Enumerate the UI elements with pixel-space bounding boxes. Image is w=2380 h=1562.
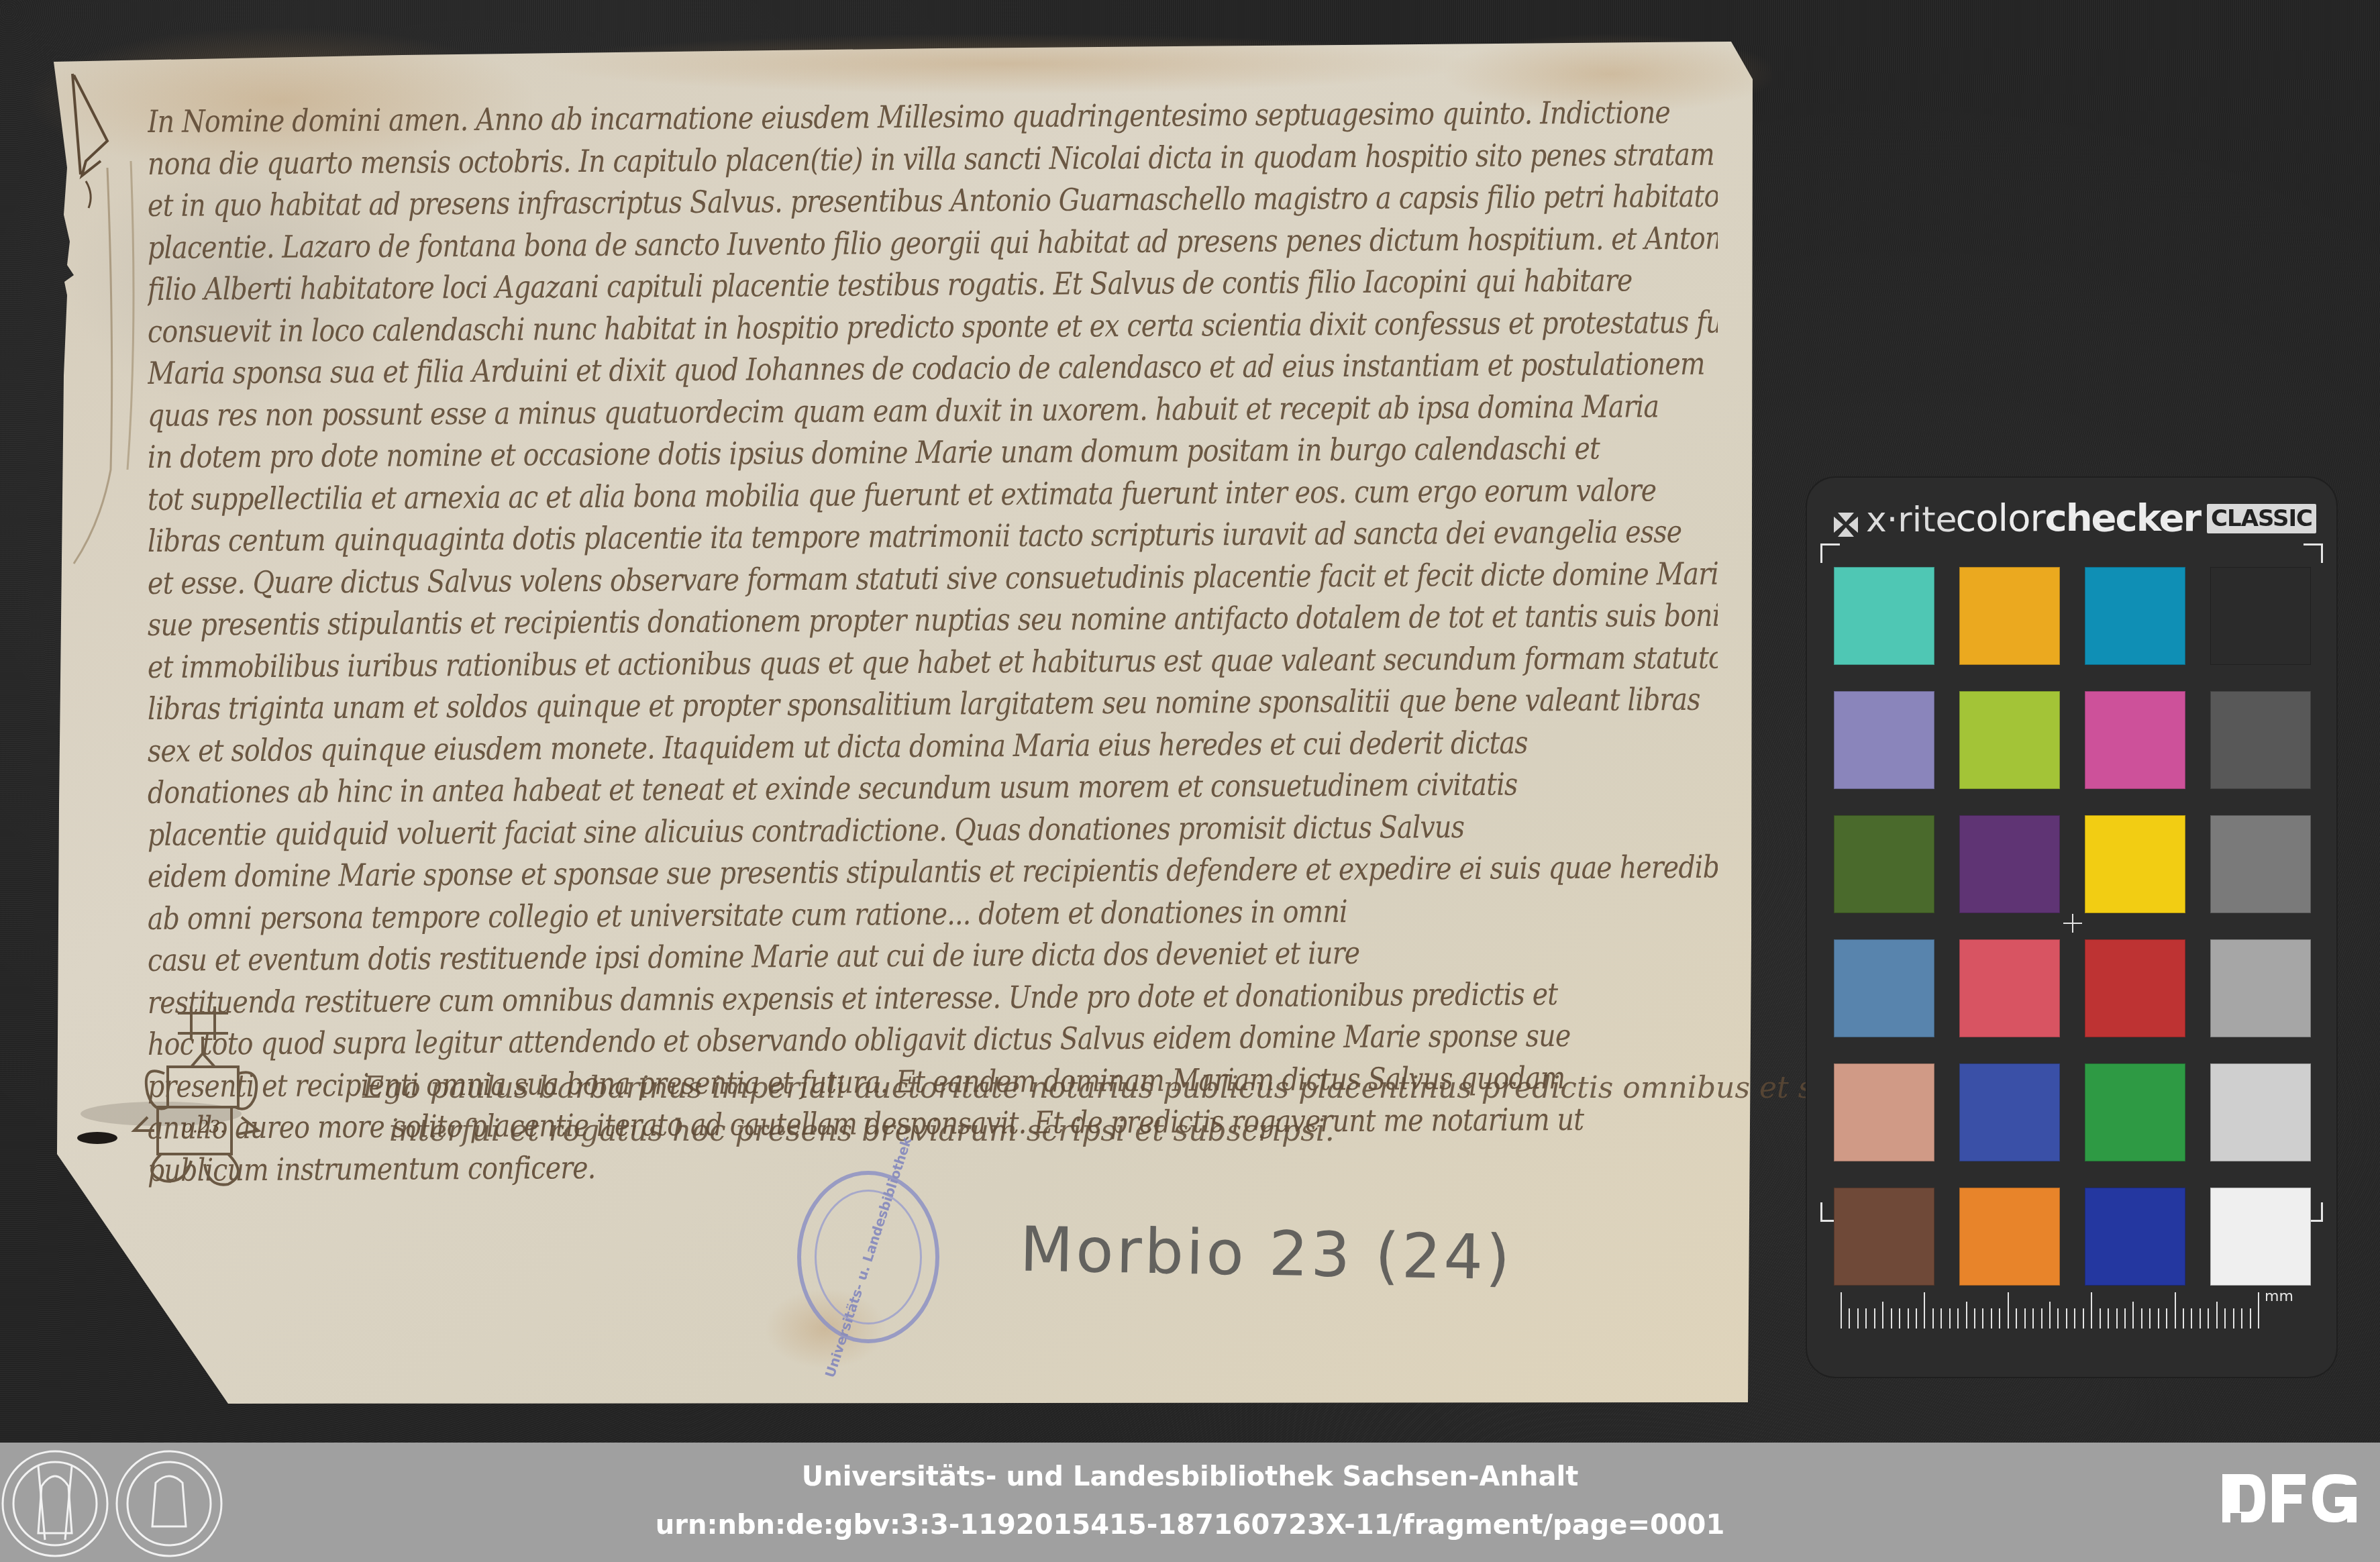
color-patch-neutral-3.5 bbox=[2210, 691, 2311, 789]
color-patch-blue-sky bbox=[1834, 939, 1934, 1037]
ruler-tick bbox=[1865, 1308, 1867, 1329]
ruler-tick bbox=[2074, 1308, 2075, 1329]
color-patch-green bbox=[2085, 1063, 2185, 1161]
ruler-tick bbox=[2258, 1292, 2259, 1329]
color-patch-yellow bbox=[2085, 815, 2185, 913]
ruler-tick bbox=[1924, 1292, 1925, 1329]
urn-identifier[interactable]: urn:nbn:de:gbv:3:3-1192015415-187160723X… bbox=[0, 1510, 2380, 1541]
subscription-line: interfui et rogatus hoc presens breviaru… bbox=[362, 1110, 1704, 1153]
xrite-wordmark: x·rite bbox=[1866, 500, 1957, 540]
ruler-tick bbox=[1891, 1308, 1892, 1329]
mm-ruler: mm bbox=[1841, 1288, 2304, 1329]
ruler-tick bbox=[2049, 1302, 2051, 1329]
ruler-tick bbox=[2083, 1308, 2084, 1329]
ruler-unit-label: mm bbox=[2265, 1288, 2293, 1305]
ruler-tick bbox=[1932, 1308, 1934, 1329]
subscription-line: Ego paulus barbarinus imperiali auctorit… bbox=[362, 1067, 1704, 1110]
ruler-tick bbox=[1966, 1302, 1967, 1329]
color-patch-blue-flower bbox=[1834, 691, 1934, 789]
library-stamp: Universitäts- u. Landesbibliothek bbox=[797, 1171, 939, 1343]
registration-mark-icon bbox=[2304, 543, 2323, 563]
ruler-tick bbox=[2100, 1308, 2101, 1329]
ruler-tick bbox=[2116, 1308, 2118, 1329]
color-patch-magenta bbox=[2085, 691, 2185, 789]
ruler-tick bbox=[1941, 1308, 1942, 1329]
charter-text-body: In Nomine domini amen. Anno ab incarnati… bbox=[148, 101, 1718, 1191]
color-patch-cyan bbox=[2085, 567, 2185, 665]
ruler-tick bbox=[2008, 1292, 2009, 1329]
color-patch-foliage bbox=[1834, 815, 1934, 913]
institution-name: Universitäts- und Landesbibliothek Sachs… bbox=[0, 1461, 2380, 1492]
dfg-logo-icon bbox=[2222, 1474, 2357, 1525]
ruler-tick bbox=[2066, 1308, 2067, 1329]
library-footer: Universitäts- und Landesbibliothek Sachs… bbox=[0, 1443, 2380, 1562]
notarial-subscription: Ego paulus barbarinus imperiali auctorit… bbox=[362, 1067, 1704, 1153]
color-patch-moderate-red bbox=[1959, 939, 2060, 1037]
color-patch-yellow-green bbox=[1959, 691, 2060, 789]
ruler-tick bbox=[1949, 1308, 1951, 1329]
shelfmark-annotation: Morbio 23 (24) bbox=[1019, 1214, 1513, 1294]
ruler-tick bbox=[2041, 1308, 2042, 1329]
color-patch-neutral-5 bbox=[2210, 815, 2311, 913]
ruler-tick bbox=[2124, 1308, 2126, 1329]
ruler-tick bbox=[2091, 1292, 2092, 1329]
ruler-tick bbox=[2191, 1308, 2192, 1329]
ruler-tick bbox=[2032, 1308, 2034, 1329]
ruler-tick bbox=[1849, 1308, 1850, 1329]
color-patch-neutral-6.5 bbox=[2210, 939, 2311, 1037]
ruler-tick bbox=[2149, 1308, 2151, 1329]
title-bold: checker bbox=[2045, 497, 2200, 540]
title-light: color bbox=[1956, 497, 2045, 540]
color-patch-red bbox=[2085, 939, 2185, 1037]
ruler-tick bbox=[2057, 1308, 2059, 1329]
ruler-tick bbox=[1882, 1302, 1883, 1329]
svg-text:p.23.: p.23. bbox=[181, 1117, 225, 1137]
ruler-tick bbox=[1874, 1308, 1875, 1329]
color-patch-purple bbox=[1959, 815, 2060, 913]
ruler-tick bbox=[1999, 1308, 2000, 1329]
ruler-tick bbox=[2166, 1308, 2167, 1329]
crosshair-icon bbox=[2063, 914, 2082, 933]
ruler-tick bbox=[1857, 1308, 1859, 1329]
ruler-tick bbox=[2233, 1308, 2234, 1329]
classic-badge: CLASSIC bbox=[2207, 504, 2316, 533]
ruler-tick bbox=[1982, 1308, 1983, 1329]
registration-mark-icon bbox=[1820, 543, 1840, 563]
ruler-tick bbox=[1916, 1308, 1917, 1329]
parchment-charter: In Nomine domini amen. Anno ab incarnati… bbox=[0, 0, 1771, 1416]
ruler-tick bbox=[2024, 1308, 2026, 1329]
xrite-brand: x·rite bbox=[1832, 500, 1957, 540]
ruler-tick bbox=[1991, 1308, 1992, 1329]
ruler-tick bbox=[1899, 1308, 1900, 1329]
color-patch-neutral-8 bbox=[2210, 1063, 2311, 1161]
ruler-tick bbox=[1974, 1308, 1975, 1329]
ruler-tick bbox=[1841, 1292, 1842, 1329]
color-patch-black bbox=[2210, 567, 2311, 665]
xrite-logo-icon bbox=[1832, 507, 1859, 533]
ruler-tick bbox=[2224, 1308, 2226, 1329]
ruler-tick bbox=[2200, 1308, 2201, 1329]
ruler-tick bbox=[2158, 1308, 2159, 1329]
color-patch-dark-skin bbox=[1834, 1188, 1934, 1286]
ruler-tick bbox=[2241, 1308, 2242, 1329]
color-patch-white bbox=[2210, 1188, 2311, 1286]
color-patch-orange-yellow bbox=[1959, 567, 2060, 665]
color-patch-blue bbox=[1959, 1063, 2060, 1161]
ruler-tick bbox=[1957, 1308, 1959, 1329]
ruler-tick bbox=[2208, 1308, 2209, 1329]
ruler-tick bbox=[2016, 1308, 2017, 1329]
ruler-tick bbox=[2132, 1302, 2134, 1329]
colorchecker-title: color checker CLASSIC bbox=[1956, 497, 2316, 540]
ruler-tick bbox=[2250, 1308, 2251, 1329]
color-patch-orange bbox=[1959, 1188, 2060, 1286]
color-patch-light-skin bbox=[1834, 1063, 1934, 1161]
color-patch-dark-blue bbox=[2085, 1188, 2185, 1286]
ruler-tick bbox=[2108, 1308, 2109, 1329]
color-patch-bluish-green bbox=[1834, 567, 1934, 665]
ruler-tick bbox=[2141, 1308, 2142, 1329]
ruler-tick bbox=[1908, 1308, 1909, 1329]
color-checker-card: x·rite color checker CLASSIC mm bbox=[1807, 478, 2336, 1377]
ruler-tick bbox=[2183, 1308, 2184, 1329]
ruler-tick bbox=[2175, 1292, 2176, 1329]
ruler-tick bbox=[2216, 1302, 2218, 1329]
